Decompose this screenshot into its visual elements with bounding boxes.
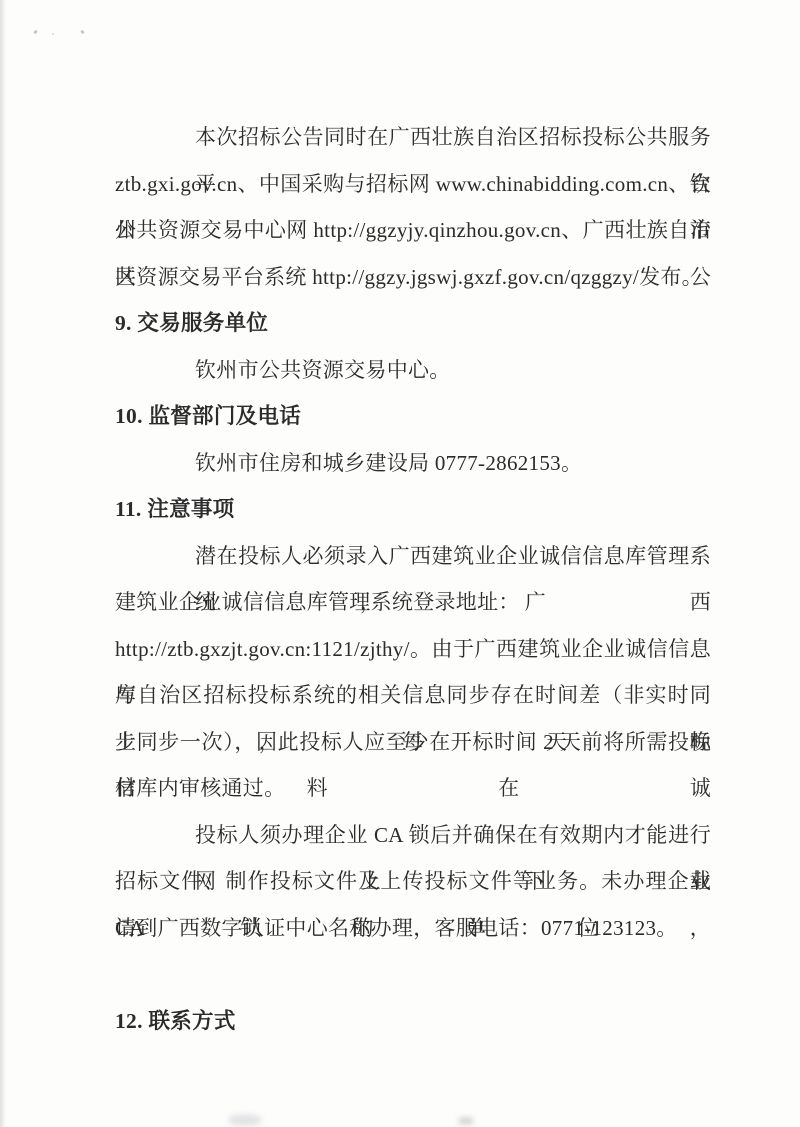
document-line: 共资源交易平台系统 http://ggzy.jgswj.gxzf.gov.cn/… (115, 254, 711, 301)
document-line: 公共资源交易中心网 http://ggzyjy.qinzhou.gov.cn、广… (115, 207, 711, 254)
document-line: 上同步一次），因此投标人应至少在开标时间 2 天前将所需投标材料在诚 (115, 719, 711, 766)
section-heading: 10. 监督部门及电话 (115, 393, 711, 440)
document-line: 钦州市住房和城乡建设局 0777-2862153。 (115, 440, 711, 487)
document-line: http://ztb.gxzjt.gov.cn:1121/zjthy/。由于广西… (115, 626, 711, 673)
section-heading: 9. 交易服务单位 (115, 300, 711, 347)
scan-smudge (228, 1114, 262, 1126)
document-body: 本次招标公告同时在广西壮族自治区招标投标公共服务平台ztb.gxi.gov.cn… (115, 114, 711, 1044)
blank-line (115, 951, 711, 998)
document-line: 与自治区招标投标系统的相关信息同步存在时间差（非实时同步，每天晚 (115, 672, 711, 719)
scan-smudge (458, 1117, 474, 1125)
document-line: 本次招标公告同时在广西壮族自治区招标投标公共服务平台 (115, 114, 711, 161)
document-line: 钦州市公共资源交易中心。 (115, 347, 711, 394)
section-heading: 11. 注意事项 (115, 486, 711, 533)
document-line: 请到广西数字认证中心名称办理，客服电话：0771-123123。 (115, 905, 711, 952)
scan-speck (52, 33, 54, 35)
document-line: 投标人须办理企业 CA 锁后并确保在有效期内才能进行网上下载 (115, 812, 711, 859)
section-heading: 12. 联系方式 (115, 998, 711, 1045)
scan-edge-shadow (0, 0, 6, 1127)
document-line: 招标文件、制作投标文件及上传投标文件等业务。未办理企业 CA 锁的单位， (115, 858, 711, 905)
document-line: 潜在投标人必须录入广西建筑业企业诚信信息库管理系统，广西 (115, 533, 711, 580)
scanned-document-page: 本次招标公告同时在广西壮族自治区招标投标公共服务平台ztb.gxi.gov.cn… (0, 0, 800, 1127)
scan-speck (80, 30, 85, 35)
document-line: ztb.gxi.gov.cn、中国采购与招标网 www.chinabidding… (115, 161, 711, 208)
scan-speck (33, 30, 38, 35)
